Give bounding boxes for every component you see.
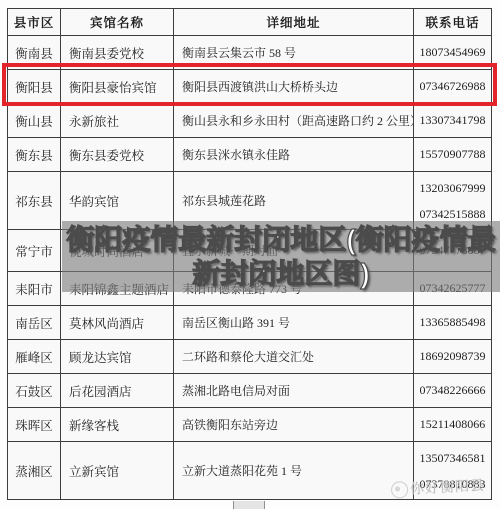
address-cell: 立新大道蒸阳花苑 1 号 [174, 442, 414, 500]
table-header: 县市区 宾馆名称 详细地址 联系电话 [8, 9, 492, 36]
table-row: 衡山县永新旅社衡山县永和乡永田村（距高速路口约 2 公里）13307341798 [8, 104, 492, 138]
address-cell: 衡南县云集云市 58 号 [174, 36, 414, 70]
district-cell: 衡山县 [8, 104, 61, 138]
hotel-name-cell: 衡东县委党校 [61, 138, 174, 172]
phone-number: 07346726988 [414, 79, 491, 94]
page-title: 衡阳疫情最新封闭地区(衡阳疫情最新封闭地区图) [62, 223, 500, 291]
district-cell: 雁峰区 [8, 340, 61, 374]
address-cell: 蒸湘北路电信局对面 [174, 374, 414, 408]
page: 县市区 宾馆名称 详细地址 联系电话 衡南县衡南县委党校衡南县云集云市 58 号… [0, 0, 500, 509]
district-cell: 衡南县 [8, 36, 61, 70]
phone-cell: 15570907788 [414, 138, 492, 172]
address-cell: 衡山县永和乡永田村（距高速路口约 2 公里） [174, 104, 414, 138]
hotel-name-cell: 莫林风尚酒店 [61, 306, 174, 340]
phone-number: 13507346581 [414, 445, 491, 471]
header-district: 县市区 [8, 9, 61, 36]
phone-number: 13203067999 [414, 175, 491, 201]
hotel-name-cell: 新缘客栈 [61, 408, 174, 442]
district-cell: 耒阳市 [8, 272, 61, 306]
address-cell: 二环路和蔡伦大道交汇处 [174, 340, 414, 374]
address-cell: 衡阳县西渡镇洪山大桥桥头边 [174, 70, 414, 104]
table-row-highlighted: 衡阳县衡阳县豪怡宾馆衡阳县西渡镇洪山大桥桥头边07346726988 [8, 70, 492, 104]
phone-number: 18073454969 [414, 45, 491, 60]
header-hotel-name: 宾馆名称 [61, 9, 174, 36]
phone-number: 07378810883 [414, 471, 491, 497]
address-cell: 衡东县洣水镇永佳路 [174, 138, 414, 172]
phone-cell: 15211408066 [414, 408, 492, 442]
district-cell: 祁东县 [8, 172, 61, 230]
table-row: 雁峰区顾龙达宾馆二环路和蔡伦大道交汇处18692098739 [8, 340, 492, 374]
table-row: 珠晖区新缘客栈高铁衡阳东站旁边15211408066 [8, 408, 492, 442]
table-header-row: 县市区 宾馆名称 详细地址 联系电话 [8, 9, 492, 36]
hotel-name-cell: 衡阳县豪怡宾馆 [61, 70, 174, 104]
header-address: 详细地址 [174, 9, 414, 36]
table-row: 蒸湘区立新宾馆立新大道蒸阳花苑 1 号135073465810737881088… [8, 442, 492, 500]
phone-cell: 18692098739 [414, 340, 492, 374]
hotel-name-cell: 衡南县委党校 [61, 36, 174, 70]
district-cell: 南岳区 [8, 306, 61, 340]
phone-cell: 13365885498 [414, 306, 492, 340]
phone-number: 13307341798 [414, 113, 491, 128]
district-cell: 珠晖区 [8, 408, 61, 442]
table-row: 南岳区莫林风尚酒店南岳区衡山路 391 号13365885498 [8, 306, 492, 340]
address-cell: 南岳区衡山路 391 号 [174, 306, 414, 340]
table-row: 衡东县衡东县委党校衡东县洣水镇永佳路15570907788 [8, 138, 492, 172]
district-cell: 衡东县 [8, 138, 61, 172]
hotel-name-cell: 顾龙达宾馆 [61, 340, 174, 374]
phone-number: 07348226666 [414, 383, 491, 398]
cropped-bottom-fragment [233, 501, 265, 509]
phone-cell: 13307341798 [414, 104, 492, 138]
district-cell: 衡阳县 [8, 70, 61, 104]
phone-cell: 18073454969 [414, 36, 492, 70]
header-phone: 联系电话 [414, 9, 492, 36]
hotel-name-cell: 立新宾馆 [61, 442, 174, 500]
district-cell: 常宁市 [8, 230, 61, 272]
phone-number: 18692098739 [414, 349, 491, 364]
hotel-name-cell: 永新旅社 [61, 104, 174, 138]
phone-cell: 1350734658107378810883 [414, 442, 492, 500]
phone-number: 15211408066 [414, 417, 491, 432]
address-cell: 高铁衡阳东站旁边 [174, 408, 414, 442]
phone-number: 13365885498 [414, 315, 491, 330]
district-cell: 蒸湘区 [8, 442, 61, 500]
phone-number: 15570907788 [414, 147, 491, 162]
hotel-name-cell: 后花园酒店 [61, 374, 174, 408]
table-row: 石鼓区后花园酒店蒸湘北路电信局对面07348226666 [8, 374, 492, 408]
district-cell: 石鼓区 [8, 374, 61, 408]
table-row: 衡南县衡南县委党校衡南县云集云市 58 号18073454969 [8, 36, 492, 70]
phone-cell: 07346726988 [414, 70, 492, 104]
phone-cell: 07348226666 [414, 374, 492, 408]
title-overlay-band: 衡阳疫情最新封闭地区(衡阳疫情最新封闭地区图) [62, 221, 500, 292]
